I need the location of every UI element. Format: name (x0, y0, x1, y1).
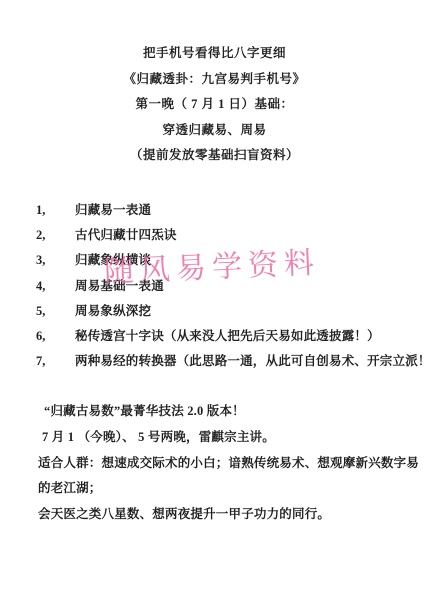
footer-line-audience2: 的老江湖； (38, 476, 419, 502)
list-item-text: 古代归藏廿四炁诀 (75, 223, 177, 248)
list-item-number: 4, (36, 274, 75, 299)
header-line-title: 《归藏透卦：九宫易判手机号》 (0, 67, 429, 93)
list-item-number: 1, (36, 198, 75, 223)
footer-line-schedule: 7 月 1 （今晚）、 5 号两晚，雷麒宗主讲。 (38, 425, 419, 451)
topic-list: 1, 归藏易一表通 2, 古代归藏廿四炁诀 3, 归藏象纵横谈 4, 周易基础一… (36, 198, 419, 374)
footer-line-audience1: 适合人群：想速成交际术的小白；谙熟传统易术、想观摩新兴数字易 (38, 451, 419, 477)
list-item-number: 2, (36, 223, 75, 248)
header-line-subtitle: 把手机号看得比八字更细 (0, 41, 429, 67)
footer-line-version: “归藏古易数”最菁华技法 2.0 版本！ (38, 399, 419, 425)
list-item-number: 5, (36, 299, 75, 324)
header-line-topic: 穿透归藏易、周易 (0, 118, 429, 144)
list-item-number: 7, (36, 349, 75, 374)
list-item: 4, 周易基础一表通 (36, 274, 419, 299)
list-item-text: 秘传透宫十字诀（从来没人把先后天易如此透披露！） (75, 324, 380, 349)
header-line-session: 第一晚（ 7 月 1 日）基础： (0, 92, 429, 118)
document-page: 把手机号看得比八字更细 《归藏透卦：九宫易判手机号》 第一晚（ 7 月 1 日）… (0, 0, 429, 594)
list-item-text: 周易象纵深挖 (75, 299, 151, 324)
list-item: 2, 古代归藏廿四炁诀 (36, 223, 419, 248)
list-item: 5, 周易象纵深挖 (36, 299, 419, 324)
list-item: 1, 归藏易一表通 (36, 198, 419, 223)
list-item-number: 3, (36, 248, 75, 273)
list-item: 3, 归藏象纵横谈 (36, 248, 419, 273)
document-footer: “归藏古易数”最菁华技法 2.0 版本！ 7 月 1 （今晚）、 5 号两晚，雷… (38, 399, 419, 528)
list-item-text: 归藏易一表通 (75, 198, 151, 223)
list-item-text: 归藏象纵横谈 (75, 248, 151, 273)
document-header: 把手机号看得比八字更细 《归藏透卦：九宫易判手机号》 第一晚（ 7 月 1 日）… (0, 41, 429, 169)
list-item-text: 周易基础一表通 (75, 274, 164, 299)
footer-line-audience3: 会天医之类八星数、想两夜提升一甲子功力的同行。 (38, 502, 419, 528)
list-item-text: 两种易经的转换器（此思路一通，从此可自创易术、开宗立派！） (75, 349, 429, 374)
list-item: 7, 两种易经的转换器（此思路一通，从此可自创易术、开宗立派！） (36, 349, 419, 374)
list-item-number: 6, (36, 324, 75, 349)
list-item: 6, 秘传透宫十字诀（从来没人把先后天易如此透披露！） (36, 324, 419, 349)
header-line-note: （提前发放零基础扫盲资料） (0, 143, 429, 169)
